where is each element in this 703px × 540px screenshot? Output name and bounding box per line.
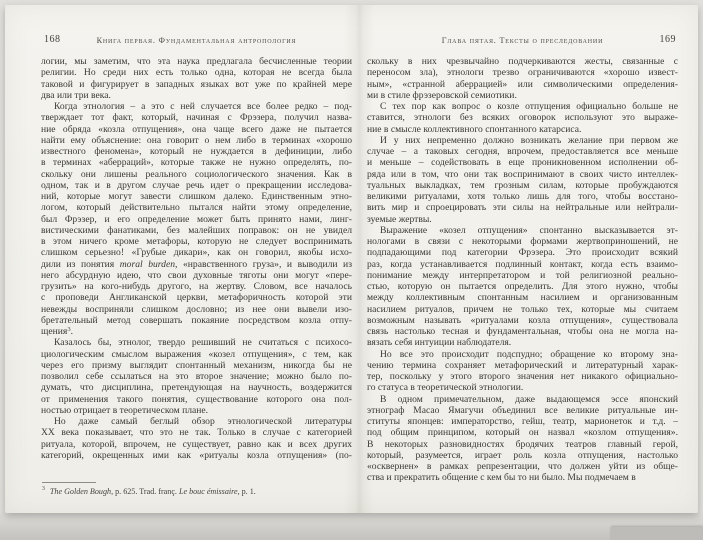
page-number-right: 169 <box>660 34 677 45</box>
text-line: был Фрэзер, и его определение может быть… <box>41 214 352 225</box>
page-body-text-right: скольку в них чрезвычайно подчеркиваются… <box>367 56 678 484</box>
text-line: ритуала, которой, впрочем, не существует… <box>41 439 352 450</box>
text-line: туальных выкладках, тем грозным силам, к… <box>367 180 678 191</box>
text-line: вистическими фанатиками, без малейших по… <box>41 225 352 236</box>
text-line: Казалось бы, этнолог, твердо решивший не… <box>41 337 352 348</box>
text-line: ституты японцев: императорство, гейш, те… <box>367 416 678 427</box>
text-line: логом, который действительно пытался най… <box>41 202 352 213</box>
text-line: насилием ритуалов, причем не только тех,… <box>367 304 678 315</box>
text-line: бретательный метод совершать покаяние по… <box>41 315 352 326</box>
text-line: переносом зла), этнологи трезво ограничи… <box>367 67 678 78</box>
footnote: 3 The Golden Bough, p. 625. Trad. franç.… <box>42 487 353 498</box>
text-line: известного феномена», который не нуждает… <box>41 146 352 157</box>
text-line: таковой и фигурирует в западных языках в… <box>41 79 352 90</box>
text-line: невежды восприняли слишком дословно; из … <box>41 304 352 315</box>
text-line: циологическим смыслом выражения «козел о… <box>41 349 352 360</box>
text-line: логии, мы заметим, что эта наука предлаг… <box>41 56 352 67</box>
text-line: Но даже самый беглый обзор этнологическо… <box>41 416 352 427</box>
text-line: Выражение «козел отпущения» спонтанно вы… <box>367 225 678 236</box>
text-line: категорий, окрещенных ими как «ритуалы к… <box>41 450 352 461</box>
text-line: В одном примечательном, даже выдающемся … <box>367 394 678 405</box>
running-head-left: Книга первая. Фундаментальная антрополог… <box>41 36 352 45</box>
text-line: скольку они лишены реального социологиче… <box>41 169 352 180</box>
text-line: два или три века. <box>41 90 352 101</box>
text-line: с проповеди Англиканской церкви, метафор… <box>41 292 352 303</box>
text-line: связь настолько тесная и фундаментальная… <box>367 326 678 337</box>
text-line: нологами в связи с некоторыми формами же… <box>367 236 678 247</box>
text-line: «осквернен» в рамках репрезентации, что … <box>367 461 678 472</box>
text-line: стью, которую он пытается определить. Дл… <box>367 281 678 292</box>
text-line: Но все это происходит подспудно; обращен… <box>367 349 678 360</box>
text-line: возможным называть «ритуалами козла отпу… <box>367 315 678 326</box>
footnote-marker: 3 <box>42 486 45 492</box>
text-line: И у них непременно должно возникать жела… <box>367 135 678 146</box>
text-line: в этом ничего кроме метафоры, которую не… <box>41 236 352 247</box>
text-line: одном, так и в другом случае речь идет о… <box>41 180 352 191</box>
text-line: ми в стиле фрэзеровской семиотики. <box>367 90 678 101</box>
text-line: ставится, этнологи без всяких оговорок и… <box>367 112 678 123</box>
text-line: понимание между интерпретатором и той ре… <box>367 270 678 281</box>
footnote-text: The Golden Bough, p. 625. Trad. franç. L… <box>50 487 353 498</box>
text-line: щения3. <box>41 326 352 337</box>
text-line: зуемые жертвы. <box>367 214 678 225</box>
text-line: ряда или в том, что они так воспринимают… <box>367 169 678 180</box>
text-line: вязать себя интуиции наблюдателя. <box>367 337 678 348</box>
text-line: В некоторых разновидностях бродячих теат… <box>367 439 678 450</box>
text-line: ние обряда «козла отпущения», она чаще в… <box>41 124 352 135</box>
page-body-text-left: логии, мы заметим, что эта наука предлаг… <box>41 56 352 461</box>
text-line: ства и прекратить общение с кем бы то ни… <box>367 472 678 483</box>
scan-bottom-shadow <box>0 510 703 540</box>
text-line: подпадающими под категории Фрэзера. Это … <box>367 247 678 258</box>
running-head-right: Глава пятая. Тексты о преследовании <box>367 36 678 45</box>
text-line: позволил себе ссылаться на это второе зн… <box>41 371 352 382</box>
text-line: дили из понятия moral burden, «нравствен… <box>41 259 352 270</box>
text-line: грузить» на кого-нибудь другого, на жерт… <box>41 281 352 292</box>
text-line: раз, когда устанавливается подлинный кон… <box>367 259 678 270</box>
text-line: думать, что дисциплина, претендующая на … <box>41 382 352 393</box>
text-line: ным», «странной аберрацией» или символич… <box>367 79 678 90</box>
text-line: через его призму выглядит спонтанный мех… <box>41 360 352 371</box>
text-line: слишком серьезно! «Грубые дикари», как о… <box>41 247 352 258</box>
text-line: под общим принципом, который он назвал «… <box>367 427 678 438</box>
text-line: и меньше – содействовать в еще проникнов… <box>367 157 678 168</box>
scanned-book-photo: 168 Книга первая. Фундаментальная антроп… <box>0 0 703 540</box>
text-line: чению термина сохраняет метафорический и… <box>367 360 678 371</box>
scan-edge-shadow <box>611 527 703 540</box>
text-line: религии. Но среди них есть только одна, … <box>41 67 352 78</box>
text-line: Когда этнология – а это с ней случается … <box>41 101 352 112</box>
text-line: в терминах «аберраций», которые также не… <box>41 157 352 168</box>
text-line: между коллективным спонтанным насилием и… <box>367 292 678 303</box>
text-line: ний, которые могут завести слишком далек… <box>41 191 352 202</box>
text-line: The Golden Bough, p. 625. Trad. franç. L… <box>50 487 353 498</box>
text-line: ние в смысле коллективного спонтанного к… <box>367 124 678 135</box>
text-line: найти ему объяснение: она говорит о нем … <box>41 135 352 146</box>
text-line: тверждает тот факт, который, начиная с Ф… <box>41 112 352 123</box>
text-line: скольку в них чрезвычайно подчеркиваются… <box>367 56 678 67</box>
text-line: ностью отрицает в теоретическом плане. <box>41 405 352 416</box>
text-line: великими ритуалами, хотя только лишь для… <box>367 191 678 202</box>
text-line: С тех пор как вопрос о козле отпущения о… <box>367 101 678 112</box>
footnote-separator <box>42 482 96 483</box>
text-line: от применения такого понятия, существова… <box>41 394 352 405</box>
text-line: XX века показывает, что это не так. Толь… <box>41 427 352 438</box>
text-line: него абсурдную идею, что свои духовные т… <box>41 270 352 281</box>
text-line: го статуса в теоретической этнологии. <box>367 382 678 393</box>
book-spread: 168 Книга первая. Фундаментальная антроп… <box>5 5 698 513</box>
text-line: вить мир и спроецировать эти силы на ней… <box>367 202 678 213</box>
text-line: тер, поскольку у этого второго значения … <box>367 371 678 382</box>
text-line: случае – а таковых сегодня, впрочем, пре… <box>367 146 678 157</box>
text-line: который, разумеется, играет роль козла о… <box>367 450 678 461</box>
text-line: этнограф Масао Ямагучи объединил все вел… <box>367 405 678 416</box>
